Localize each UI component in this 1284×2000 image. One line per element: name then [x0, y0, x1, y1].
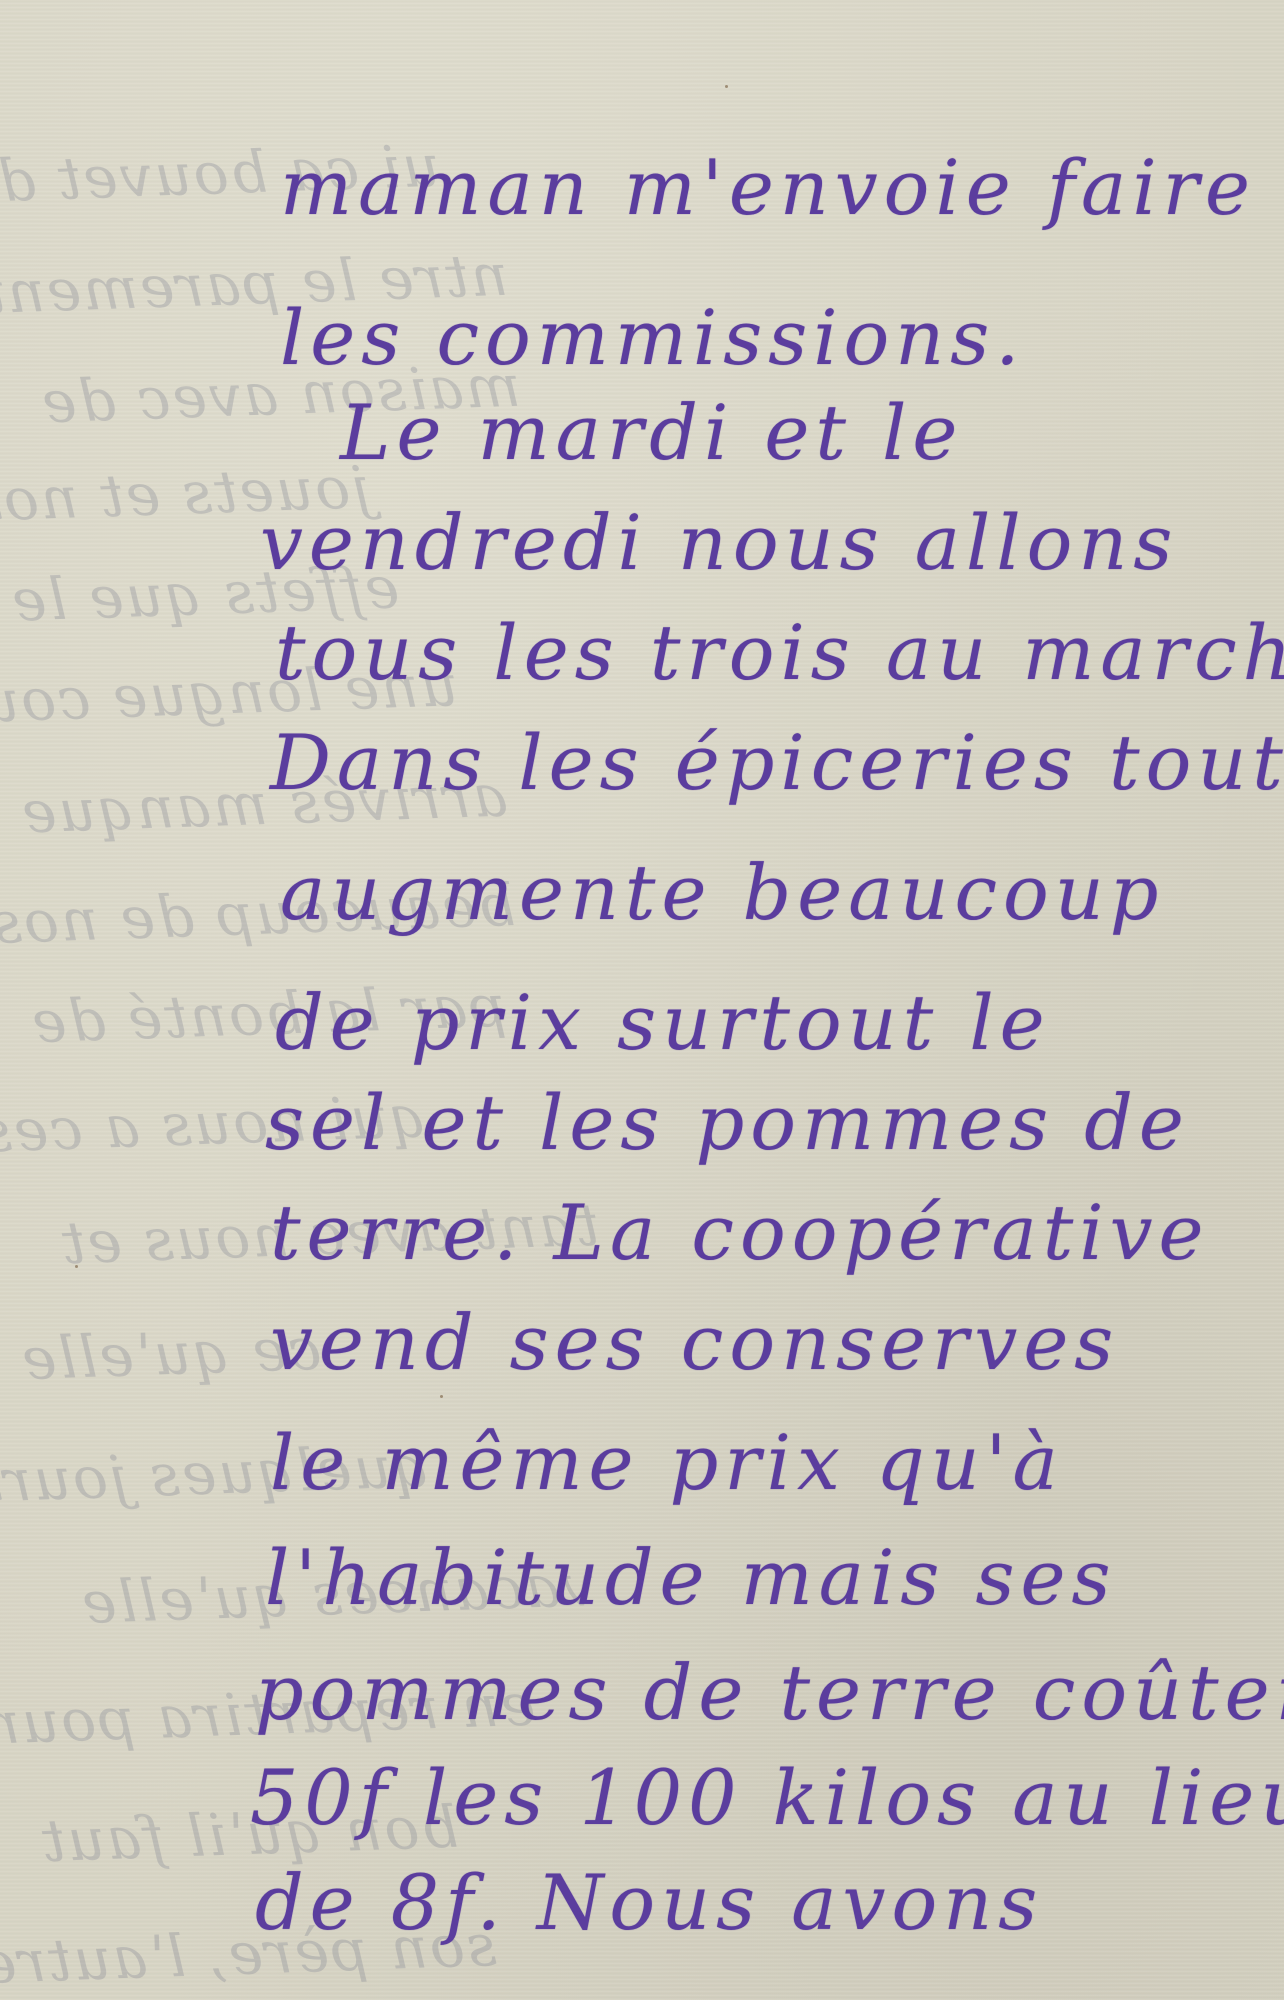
letter-page: ui ca bouvet de ntre le parement maison … [0, 0, 1284, 2000]
letter-line-9: sel et les pommes de [265, 1085, 1190, 1161]
letter-line-11: vend ses conserves [270, 1305, 1119, 1381]
letter-line-16: de 8f. Nous avons [255, 1865, 1043, 1941]
letter-line-8: de prix surtout le [275, 985, 1051, 1061]
paper-speck [725, 85, 728, 88]
paper-speck [440, 1395, 443, 1398]
letter-line-15: 50f les 100 kilos au lieu [250, 1760, 1284, 1836]
letter-line-3: Le mardi et le [340, 395, 963, 471]
letter-line-7: augmente beaucoup [280, 855, 1164, 931]
paper-speck [75, 1265, 78, 1268]
letter-line-5: tous les trois au marché [275, 615, 1284, 691]
letter-line-14: pommes de terre coûtent [255, 1655, 1284, 1731]
letter-line-6: Dans les épiceries tout [270, 725, 1284, 801]
letter-line-13: l'habitude mais ses [265, 1540, 1117, 1616]
letter-line-12: le même prix qu'à [270, 1425, 1064, 1501]
letter-line-2: les commissions. [280, 300, 1025, 376]
letter-line-4: vendredi nous allons [260, 505, 1178, 581]
letter-line-1: maman m'envoie faire [280, 150, 1256, 226]
letter-line-10: terre. La coopérative [270, 1195, 1210, 1271]
